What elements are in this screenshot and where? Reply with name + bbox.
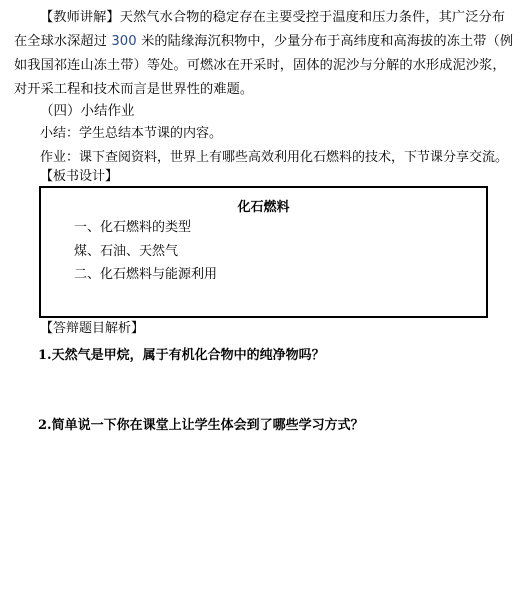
board-design-heading: 【板书设计】 xyxy=(40,169,118,185)
board-title: 化石燃料 xyxy=(41,196,486,215)
defense-heading: 【答辩题目解析】 xyxy=(40,321,144,337)
board-line-3: 二、化石燃料与能源利用 xyxy=(74,267,217,283)
teacher-explanation-paragraph: 【教师讲解】天然气水合物的稳定存在主要受控于温度和压力条件，其广泛分布在全球水深… xyxy=(14,6,514,102)
teacher-explanation-label: 【教师讲解】 xyxy=(40,10,120,25)
defense-question-1: 1.天然气是甲烷，属于有机化合物中的纯净物吗？ xyxy=(38,344,325,363)
defense-question-2: 2.简单说一下你在课堂上让学生体会到了哪些学习方式？ xyxy=(38,414,364,433)
board-line-1: 一、化石燃料的类型 xyxy=(74,220,191,236)
board-design-box: 化石燃料 一、化石燃料的类型 煤、石油、天然气 二、化石燃料与能源利用 xyxy=(39,186,488,318)
section-heading-summary-homework: （四）小结作业 xyxy=(40,103,135,119)
summary-text: 小结：学生总结本节课的内容。 xyxy=(40,126,222,142)
board-line-2: 煤、石油、天然气 xyxy=(74,244,178,260)
homework-text: 作业：课下查阅资料，世界上有哪些高效利用化石燃料的技术，下节课分享交流。 xyxy=(40,150,508,166)
depth-number: 300 xyxy=(111,34,136,49)
